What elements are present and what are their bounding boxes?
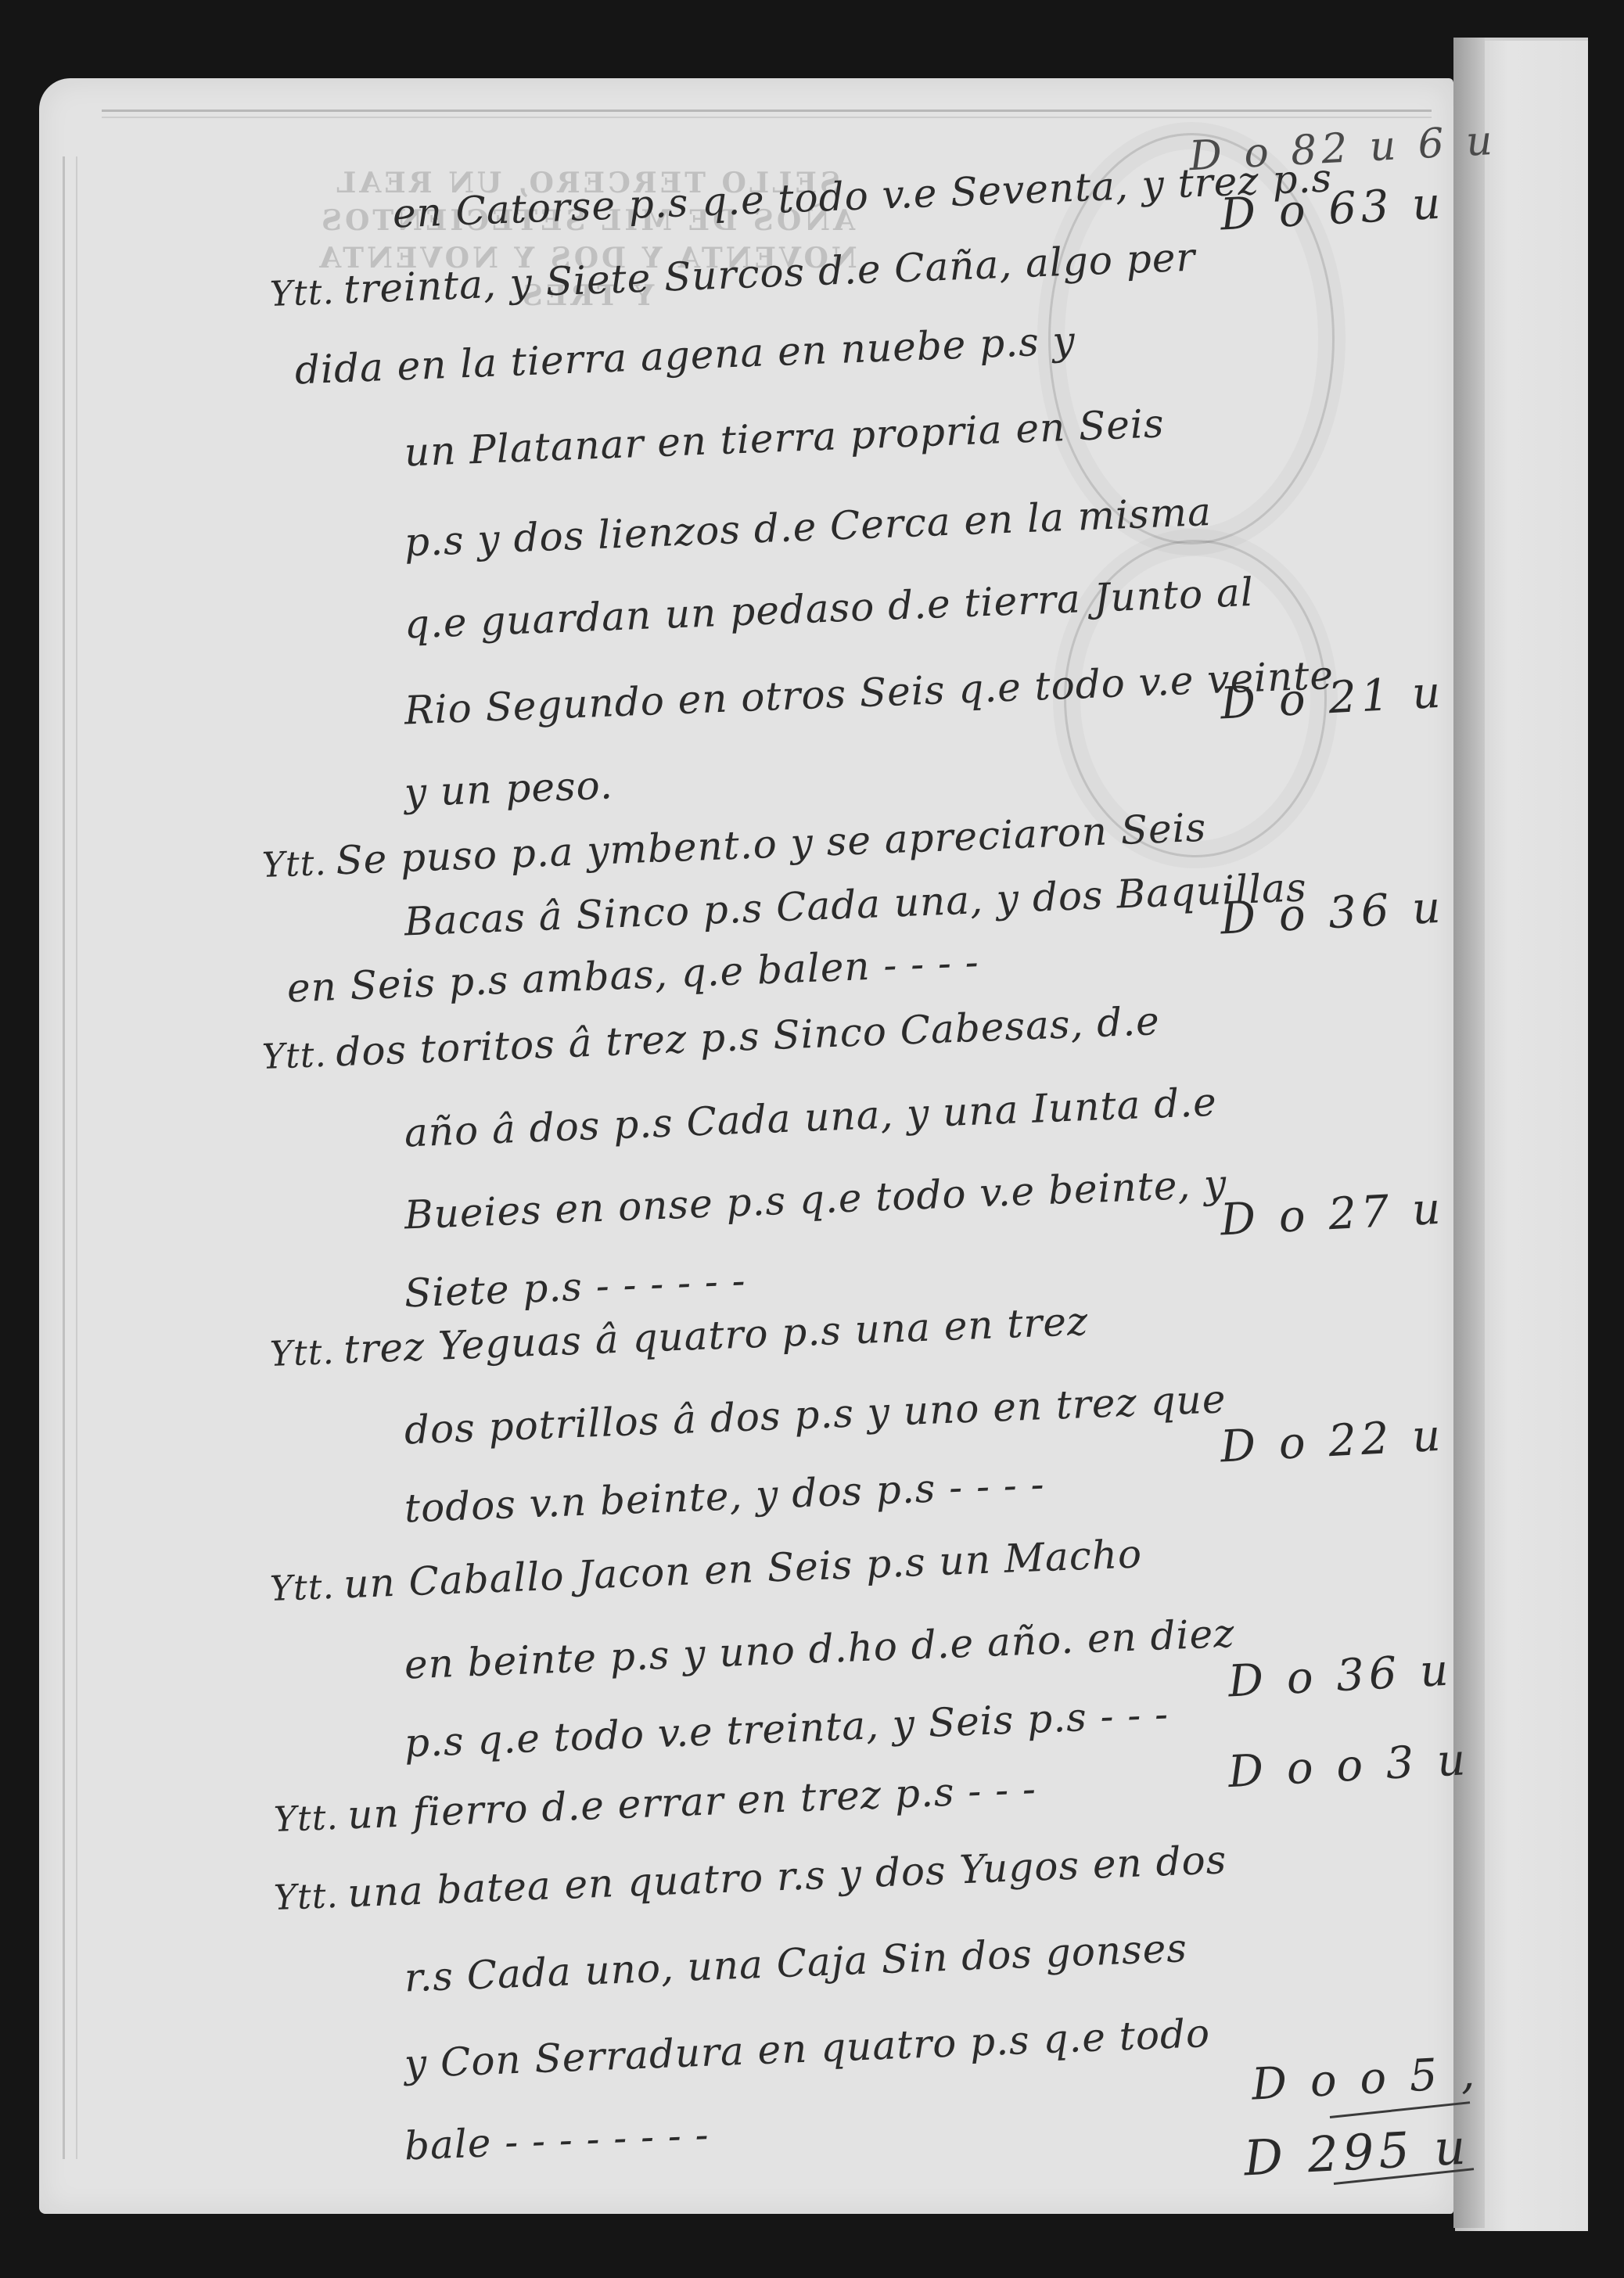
- text-line: y un peso.: [394, 762, 614, 816]
- text-line: q.e guardan un pedaso d.e tierra Junto a…: [394, 569, 1255, 648]
- text-line: año â dos p.s Cada una, y una Iunta d.e: [394, 1080, 1218, 1156]
- text-line: dos potrillos â dos p.s y uno en trez qu…: [394, 1376, 1227, 1453]
- text-line: Siete p.s - - - - - -: [394, 1258, 747, 1317]
- text-line: un Platanar en tierra propria en Seis: [394, 401, 1166, 476]
- amount-total: D 295 u: [1242, 2118, 1471, 2186]
- text-line: Bacas â Sinco p.s Cada una, y dos Baquil…: [394, 864, 1308, 945]
- text-line: todos v.n beinte, y dos p.s - - - -: [394, 1461, 1046, 1532]
- text-line: Ytt.dos toritos â trez p.s Sinco Cabesas…: [261, 998, 1161, 1078]
- manuscript-text: en Catorse p.s q.e todo v.e Seventa, y t…: [0, 0, 1624, 2278]
- text-line: dida en la tierra agena en nuebe p.s y: [285, 318, 1076, 393]
- text-line: bale - - - - - - - -: [394, 2112, 710, 2169]
- text-line: Bueies en onse p.s q.e todo v.e beinte, …: [394, 1161, 1227, 1238]
- text-line: en Seis p.s ambas, q.e balen - - - -: [277, 940, 980, 1011]
- text-line: Ytt.un Caballo Jacon en Seis p.s un Mach…: [269, 1531, 1143, 1610]
- text-line: y Con Serradura en quatro p.s q.e todo: [394, 2010, 1211, 2087]
- text-line: p.s y dos lienzos d.e Cerca en la misma: [394, 489, 1213, 566]
- text-line: Ytt.trez Yeguas â quatro p.s una en trez: [269, 1299, 1089, 1375]
- text-line: Ytt.treinta, y Siete Surcos d.e Caña, al…: [269, 235, 1196, 315]
- text-line: Ytt.una batea en quatro r.s y dos Yugos …: [273, 1837, 1227, 1919]
- text-line: r.s Cada uno, una Caja Sin dos gonses: [394, 1925, 1188, 2001]
- text-line: p.s q.e todo v.e treinta, y Seis p.s - -…: [394, 1691, 1169, 1766]
- text-line: Ytt.un fierro d.e errar en trez p.s - - …: [273, 1766, 1037, 1841]
- text-line: en beinte p.s y uno d.ho d.e año. en die…: [394, 1611, 1236, 1688]
- text-line: Rio Segundo en otros Seis q.e todo v.e v…: [394, 652, 1335, 734]
